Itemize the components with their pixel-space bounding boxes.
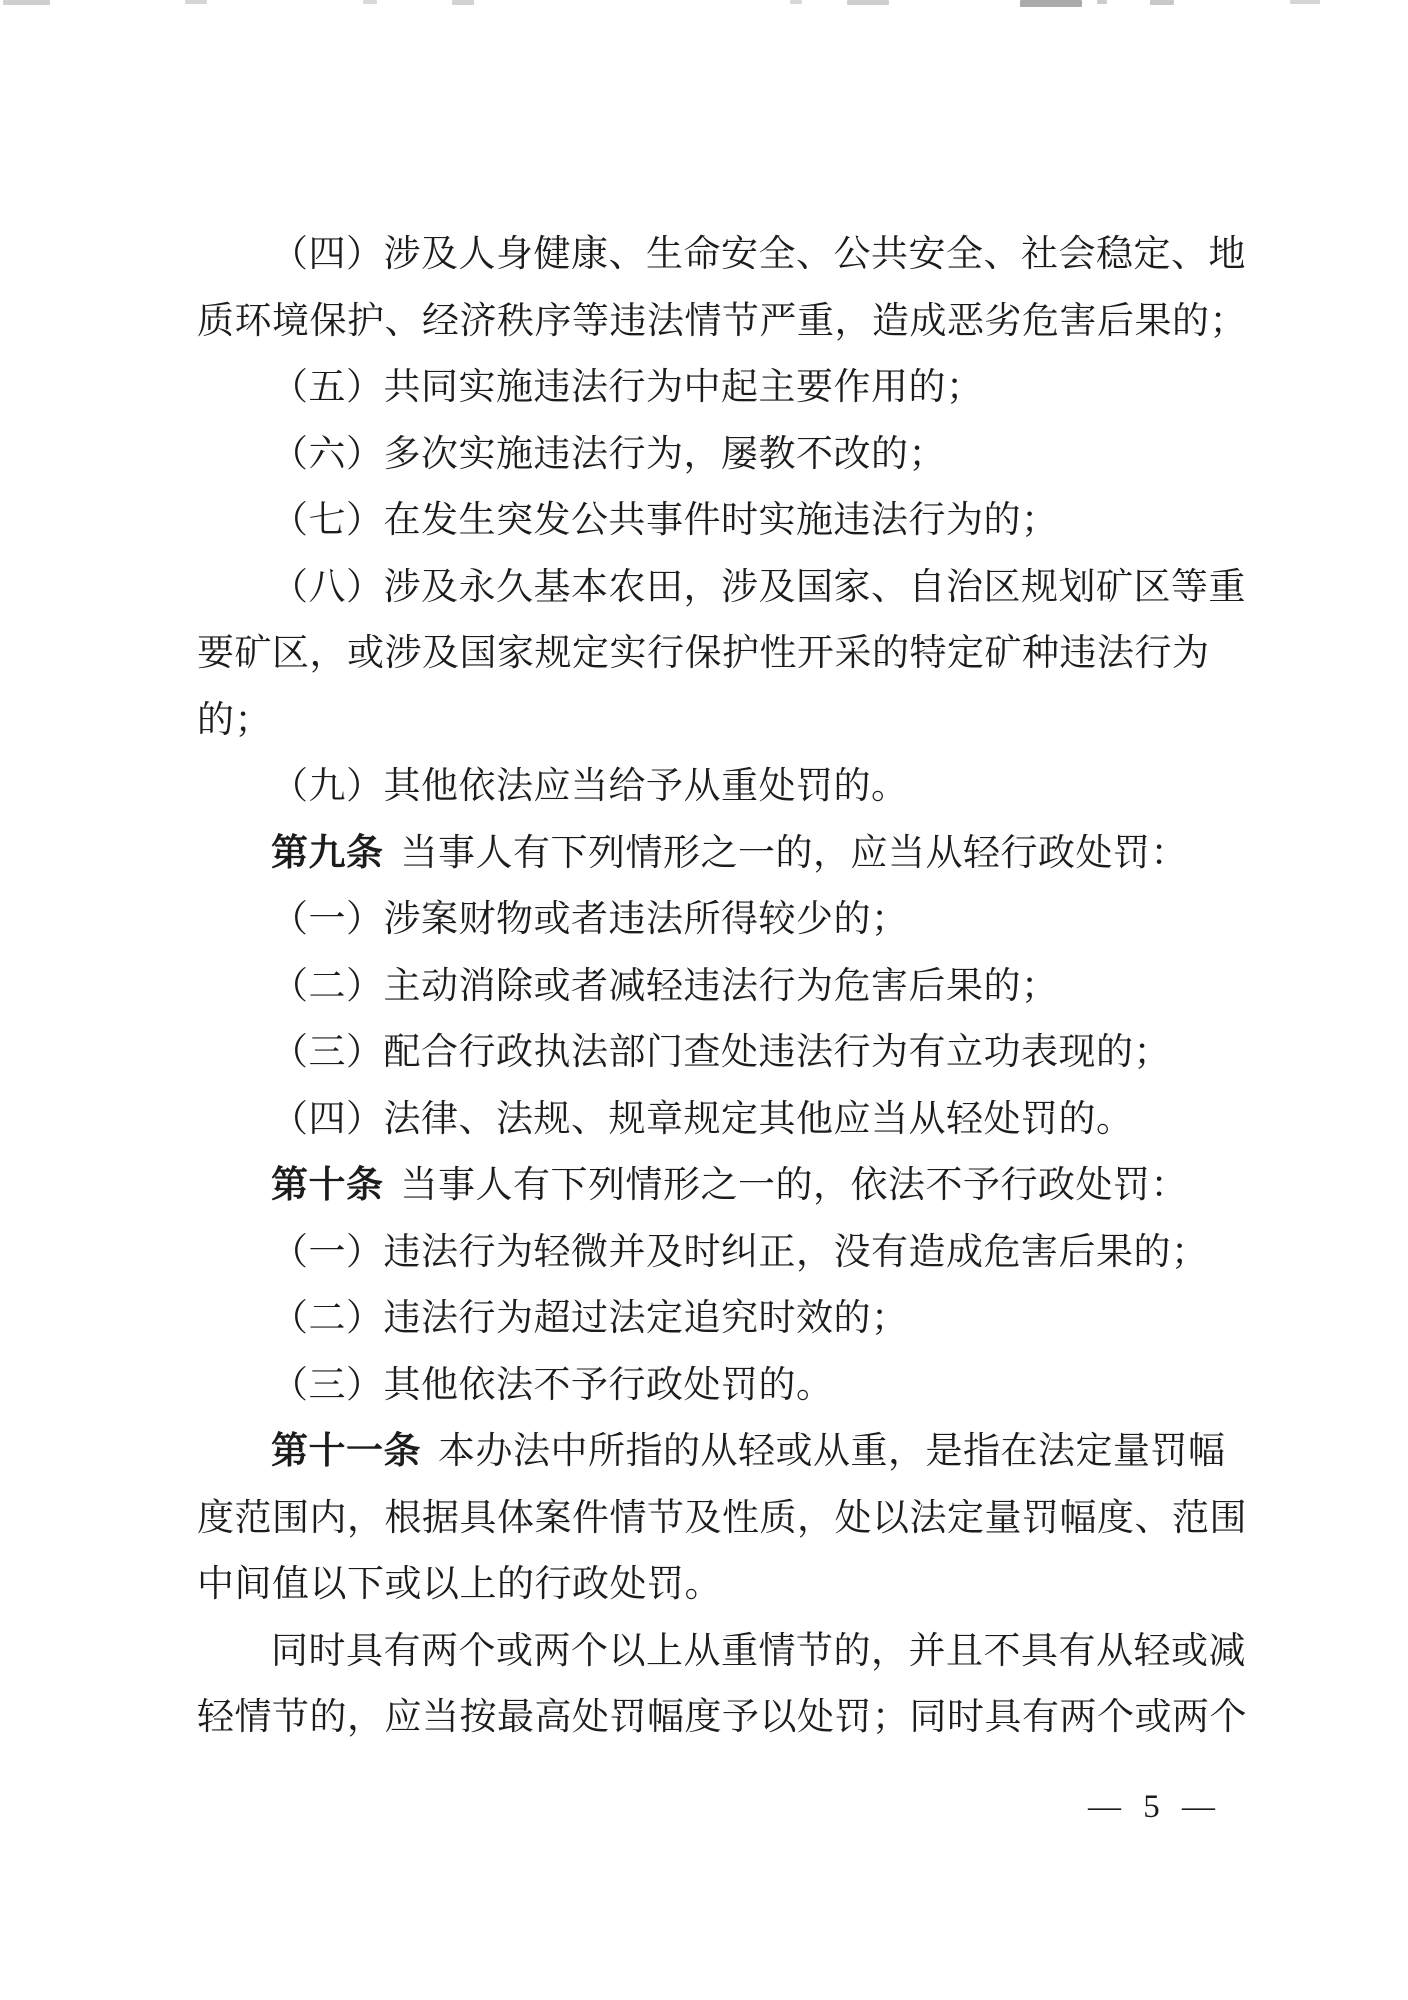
text-line: 要矿区，或涉及国家规定实行保护性开采的特定矿种违法行为	[197, 621, 1237, 688]
document-body: （四）涉及人身健康、生命安全、公共安全、社会稳定、地质环境保护、经济秩序等违法情…	[197, 222, 1237, 1752]
scan-artifact	[1290, 0, 1320, 4]
text-line: （一）涉案财物或者违法所得较少的；	[197, 887, 1237, 954]
document-page: （四）涉及人身健康、生命安全、公共安全、社会稳定、地质环境保护、经济秩序等违法情…	[0, 0, 1408, 2000]
text-segment: （三）配合行政执法部门查处违法行为有立功表现的；	[271, 1032, 1171, 1073]
scan-artifact	[185, 0, 207, 4]
text-segment: （一）涉案财物或者违法所得较少的；	[271, 899, 909, 940]
text-segment: （三）其他依法不予行政处罚的。	[271, 1365, 834, 1406]
text-line: 第十条当事人有下列情形之一的，依法不予行政处罚：	[197, 1153, 1237, 1220]
text-segment: （八）涉及永久基本农田，涉及国家、自治区规划矿区等重	[271, 567, 1246, 608]
text-segment: （四）涉及人身健康、生命安全、公共安全、社会稳定、地	[271, 234, 1246, 275]
text-segment: 本办法中所指的从轻或从重，是指在法定量罚幅	[438, 1431, 1226, 1472]
text-line: 质环境保护、经济秩序等违法情节严重，造成恶劣危害后果的；	[197, 289, 1237, 356]
text-segment: 质环境保护、经济秩序等违法情节严重，造成恶劣危害后果的；	[197, 301, 1247, 342]
text-segment: （二）违法行为超过法定追究时效的；	[271, 1298, 909, 1339]
text-line: 轻情节的，应当按最高处罚幅度予以处罚；同时具有两个或两个	[197, 1685, 1237, 1752]
text-line: （一）违法行为轻微并及时纠正，没有造成危害后果的；	[197, 1220, 1237, 1287]
text-line: （四）法律、法规、规章规定其他应当从轻处罚的。	[197, 1087, 1237, 1154]
text-segment: 的；	[197, 700, 272, 741]
text-line: 度范围内，根据具体案件情节及性质，处以法定量罚幅度、范围	[197, 1486, 1237, 1553]
scan-artifact	[790, 0, 802, 4]
article-heading: 第十一条	[271, 1431, 421, 1472]
scan-artifact	[847, 0, 889, 5]
text-segment: 要矿区，或涉及国家规定实行保护性开采的特定矿种违法行为	[197, 633, 1210, 674]
text-line: （九）其他依法应当给予从重处罚的。	[197, 754, 1237, 821]
text-segment: 当事人有下列情形之一的，依法不予行政处罚：	[401, 1165, 1189, 1206]
text-segment: （五）共同实施违法行为中起主要作用的；	[271, 367, 984, 408]
text-line: 中间值以下或以上的行政处罚。	[197, 1552, 1237, 1619]
scan-artifact	[1020, 0, 1082, 7]
scan-artifact	[1097, 0, 1107, 4]
text-segment: （四）法律、法规、规章规定其他应当从轻处罚的。	[271, 1099, 1134, 1140]
text-line: 第九条当事人有下列情形之一的，应当从轻行政处罚：	[197, 821, 1237, 888]
text-line: 同时具有两个或两个以上从重情节的，并且不具有从轻或减	[197, 1619, 1237, 1686]
text-line: （八）涉及永久基本农田，涉及国家、自治区规划矿区等重	[197, 555, 1237, 622]
text-segment: 当事人有下列情形之一的，应当从轻行政处罚：	[401, 833, 1189, 874]
text-line: 第十一条本办法中所指的从轻或从重，是指在法定量罚幅	[197, 1419, 1237, 1486]
text-segment: （七）在发生突发公共事件时实施违法行为的；	[271, 500, 1059, 541]
text-line: （七）在发生突发公共事件时实施违法行为的；	[197, 488, 1237, 555]
text-segment: （二）主动消除或者减轻违法行为危害后果的；	[271, 966, 1059, 1007]
scan-artifact	[3, 0, 50, 5]
text-line: （三）配合行政执法部门查处违法行为有立功表现的；	[197, 1020, 1237, 1087]
scan-artifact	[1150, 0, 1174, 5]
text-segment: （一）违法行为轻微并及时纠正，没有造成危害后果的；	[271, 1232, 1209, 1273]
scan-artifact	[363, 0, 377, 4]
text-segment: 中间值以下或以上的行政处罚。	[197, 1564, 722, 1605]
text-segment: （六）多次实施违法行为，屡教不改的；	[271, 434, 946, 475]
text-line: （二）违法行为超过法定追究时效的；	[197, 1286, 1237, 1353]
text-segment: 轻情节的，应当按最高处罚幅度予以处罚；同时具有两个或两个	[197, 1697, 1247, 1738]
text-line: （五）共同实施违法行为中起主要作用的；	[197, 355, 1237, 422]
scan-artifact	[452, 0, 474, 5]
text-line: （六）多次实施违法行为，屡教不改的；	[197, 422, 1237, 489]
text-segment: 度范围内，根据具体案件情节及性质，处以法定量罚幅度、范围	[197, 1498, 1247, 1539]
text-line: （二）主动消除或者减轻违法行为危害后果的；	[197, 954, 1237, 1021]
article-heading: 第九条	[271, 833, 384, 874]
text-line: （四）涉及人身健康、生命安全、公共安全、社会稳定、地	[197, 222, 1237, 289]
article-heading: 第十条	[271, 1165, 384, 1206]
page-number: — 5 —	[1088, 1789, 1222, 1826]
text-line: 的；	[197, 688, 1237, 755]
text-segment: 同时具有两个或两个以上从重情节的，并且不具有从轻或减	[271, 1631, 1246, 1672]
text-line: （三）其他依法不予行政处罚的。	[197, 1353, 1237, 1420]
text-segment: （九）其他依法应当给予从重处罚的。	[271, 766, 909, 807]
